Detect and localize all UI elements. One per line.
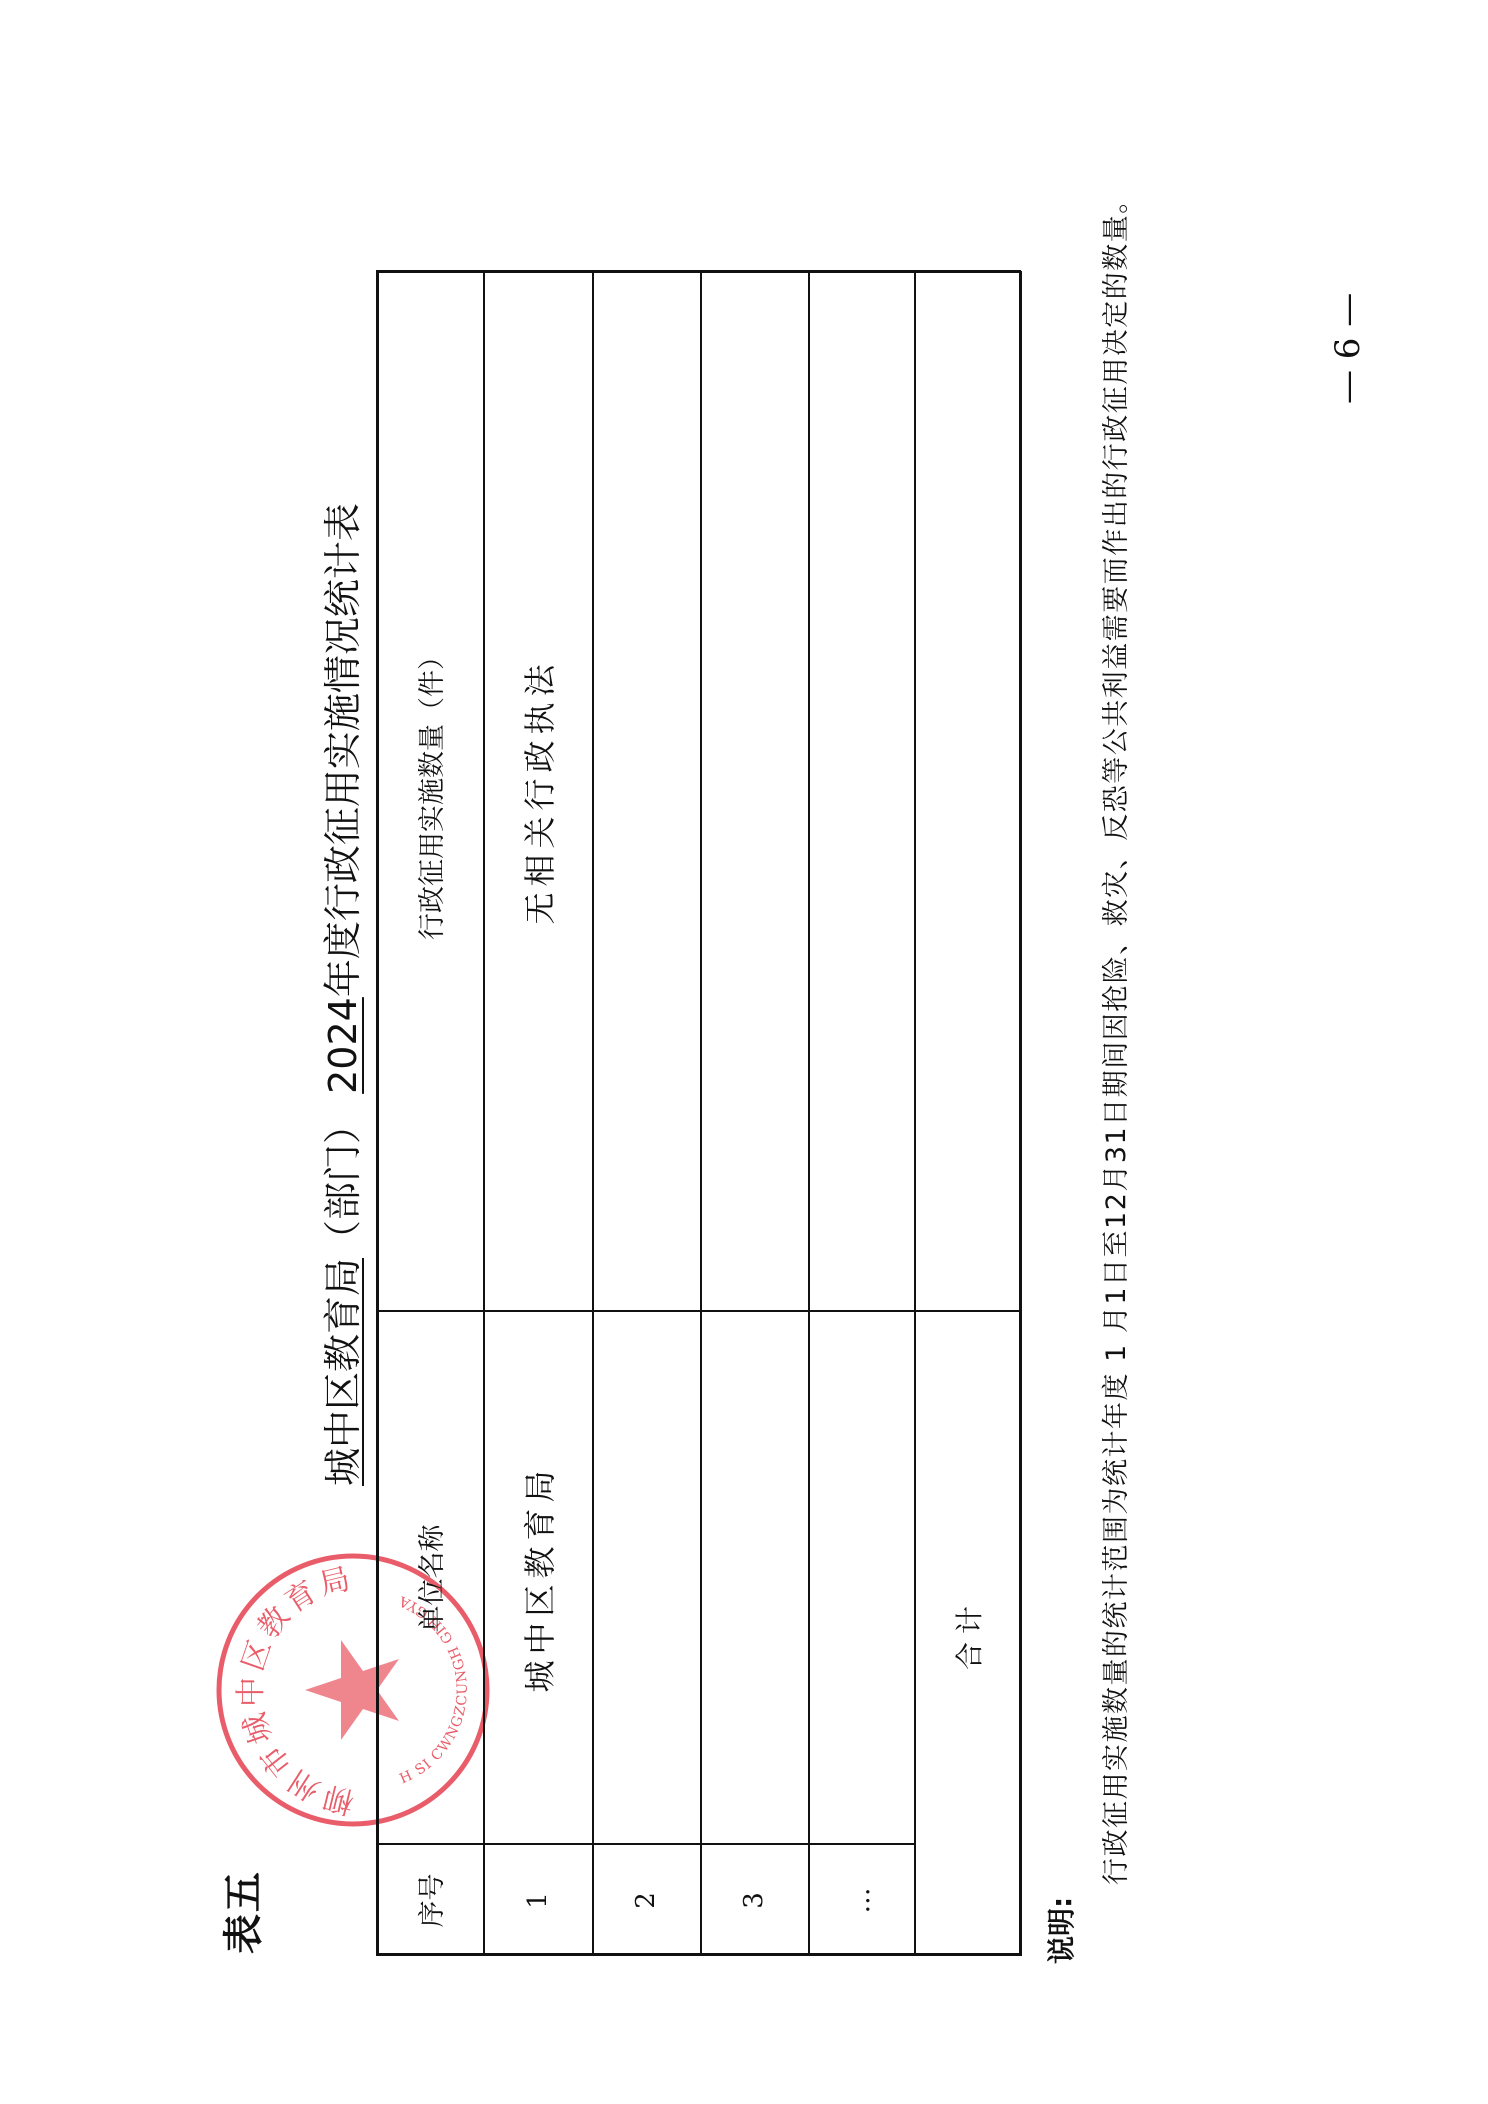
row-unit-name: 城中区教育局: [483, 1312, 592, 1845]
row-unit-name: [700, 1312, 808, 1845]
row-count: [592, 271, 700, 1312]
title-rest: 年度行政征用实施情况统计表: [321, 503, 365, 997]
row-unit-name: [592, 1312, 700, 1845]
total-value: [914, 271, 1021, 1312]
statistics-table: 序号单位名称行政征用实施数量（件）1城中区教育局无相关行政执法23…合计: [376, 271, 1021, 1956]
title-year: 2024: [321, 997, 365, 1094]
table-label: 表五: [212, 1870, 269, 1954]
row-count: 无相关行政执法: [483, 271, 592, 1312]
row-index: 2: [592, 1845, 700, 1956]
header-index: 序号: [376, 1845, 483, 1956]
header-expropriation-count: 行政征用实施数量（件）: [376, 271, 483, 1312]
header-unit-name: 单位名称: [376, 1312, 483, 1845]
row-count: [700, 271, 808, 1312]
title-dept-suffix: （部门）: [321, 1106, 365, 1258]
page-number: — 6 —: [1328, 293, 1368, 404]
title-org-name: 城中区教育局: [321, 1258, 365, 1486]
row-index: …: [808, 1845, 914, 1956]
notes-text: 行政征用实施数量的统计范围为统计年度 1 月1日至12月31日期间因抢险、救灾、…: [1094, 185, 1133, 1885]
total-label: 合计: [914, 1312, 1021, 1956]
rotated-document-page: 表五 城中区教育局（部门） 2024年度行政征用实施情况统计表 柳州市城中区教育…: [0, 0, 1488, 2104]
row-index: 1: [483, 1845, 592, 1956]
row-count: [808, 271, 914, 1312]
row-index: 3: [700, 1845, 808, 1956]
notes-label: 说明:: [1040, 1897, 1080, 1964]
row-unit-name: [808, 1312, 914, 1845]
